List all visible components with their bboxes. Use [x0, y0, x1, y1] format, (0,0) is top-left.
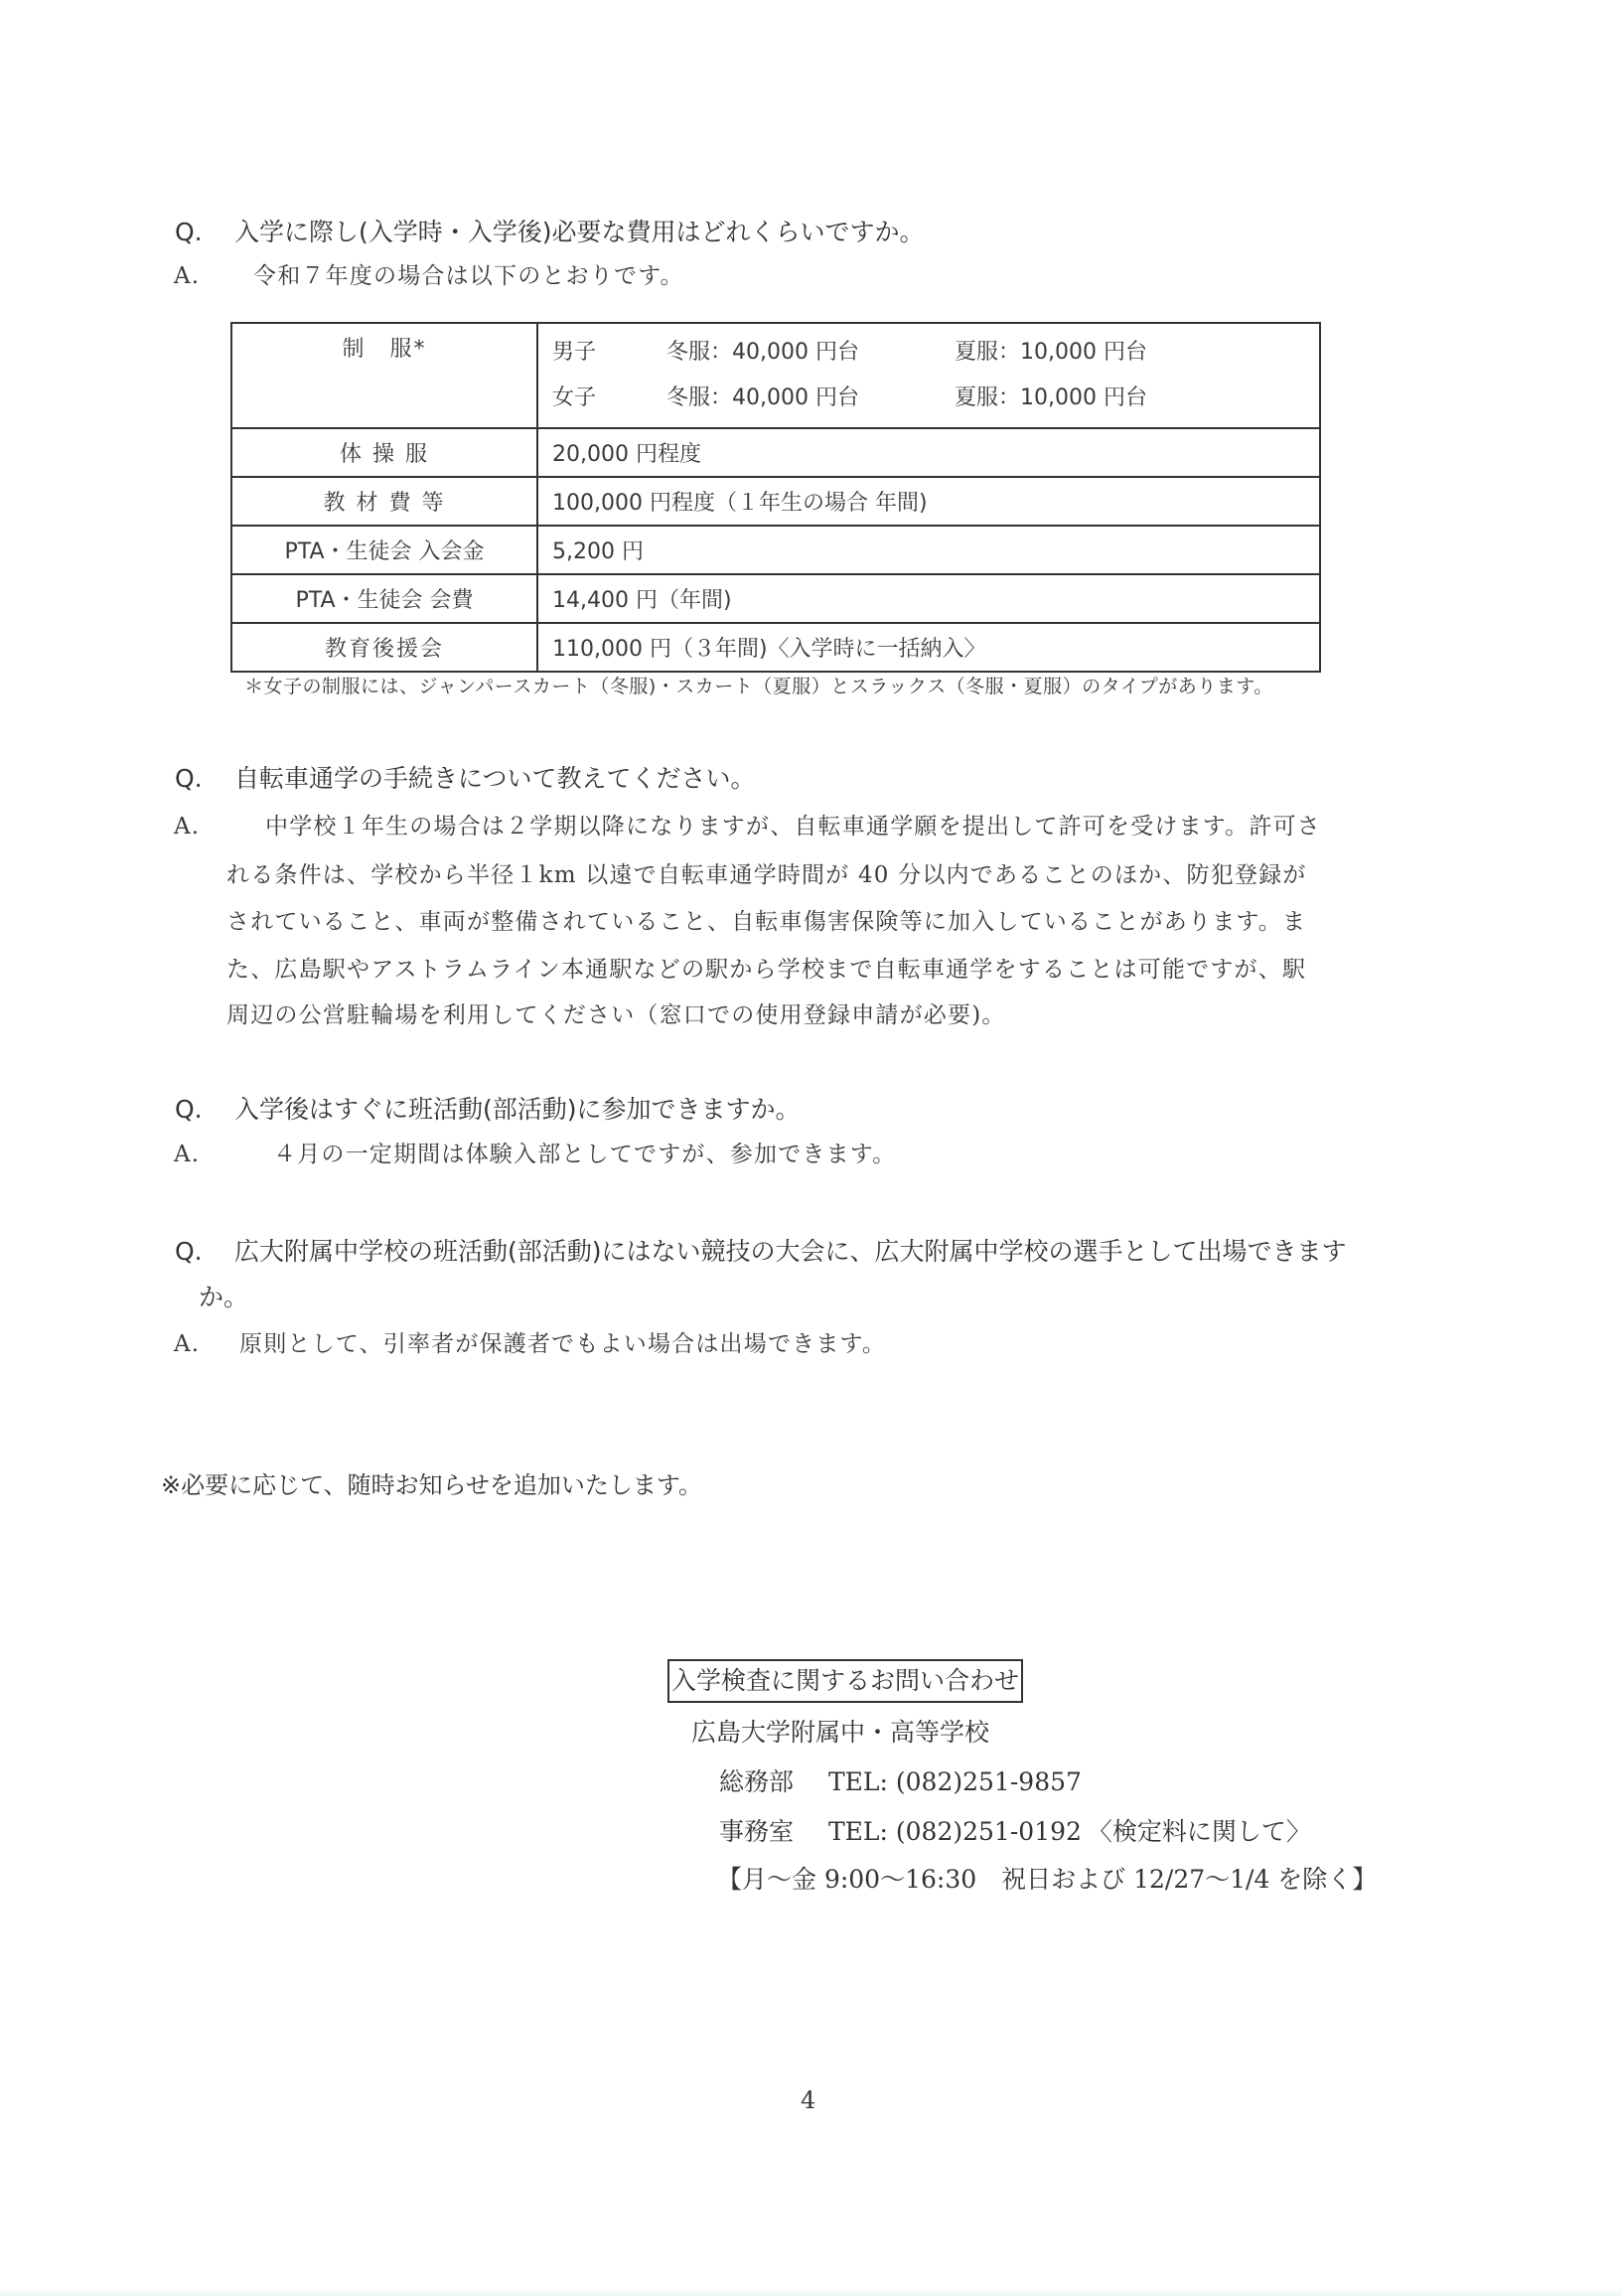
item-label: PTA・生徒会 会費	[231, 574, 537, 623]
gender-label: 男子	[552, 330, 666, 376]
faq-3-question: Q.入学後はすぐに班活動(部活動)に参加できますか。	[175, 1090, 801, 1126]
faq-1-answer: A.令和７年度の場合は以下のとおりです。	[174, 257, 684, 290]
phone-number[interactable]: TEL: (082)251-9857	[828, 1767, 1082, 1796]
table-value-uniform: 男子冬服：40,000 円台夏服：10,000 円台 女子冬服：40,000 円…	[537, 323, 1320, 428]
a-marker: A.	[174, 1331, 239, 1357]
uniform-row-girls: 女子冬服：40,000 円台夏服：10,000 円台	[552, 376, 1319, 421]
item-value: 20,000 円程度	[537, 428, 1320, 477]
item-label: 教 材 費 等	[231, 477, 537, 526]
uniform-row-boys: 男子冬服：40,000 円台夏服：10,000 円台	[552, 330, 1319, 376]
table-row: 体 操 服 20,000 円程度	[231, 428, 1320, 477]
q-marker: Q.	[175, 1237, 234, 1266]
summer-price: 夏服：10,000 円台	[955, 330, 1147, 376]
winter-price: 冬服：40,000 円台	[666, 376, 955, 421]
winter-price: 冬服：40,000 円台	[666, 330, 955, 376]
cost-table: 制 服* 男子冬服：40,000 円台夏服：10,000 円台 女子冬服：40,…	[230, 322, 1321, 673]
question-text-continued: か。	[199, 1278, 248, 1313]
page-number: 4	[801, 2086, 815, 2114]
contact-line-office: 事務室TEL: (082)251-0192〈検定料に関して〉	[719, 1812, 1311, 1848]
question-text: 入学後はすぐに班活動(部活動)に参加できますか。	[234, 1095, 801, 1124]
answer-line: 中学校１年生の場合は２学期以降になりますが、自転車通学願を提出して許可を受けます…	[265, 814, 1321, 840]
item-value: 110,000 円（３年間)〈入学時に一括納入〉	[537, 623, 1320, 672]
contact-line-general-affairs: 総務部TEL: (082)251-9857	[719, 1762, 1082, 1798]
question-text: 自転車通学の手続きについて教えてください。	[234, 764, 756, 793]
contact-note: 〈検定料に関して〉	[1088, 1817, 1311, 1846]
faq-4-answer: A.原則として、引率者が保護者でもよい場合は出場できます。	[174, 1325, 886, 1358]
table-row-uniform: 制 服* 男子冬服：40,000 円台夏服：10,000 円台 女子冬服：40,…	[231, 323, 1320, 428]
answer-text: 令和７年度の場合は以下のとおりです。	[253, 263, 684, 289]
table-row: 教育後援会 110,000 円（３年間)〈入学時に一括納入〉	[231, 623, 1320, 672]
table-row: 教 材 費 等 100,000 円程度（１年生の場合 年間)	[231, 477, 1320, 526]
a-marker: A.	[174, 263, 253, 289]
answer-line: れる条件は、学校から半径１km 以遠で自転車通学時間が 40 分以内であることの…	[226, 856, 1307, 889]
answer-line: た、広島駅やアストラムライン本通駅などの駅から学校まで自転車通学をすることは可能…	[226, 951, 1306, 984]
faq-2-answer: A.中学校１年生の場合は２学期以降になりますが、自転車通学願を提出して許可を受け…	[174, 808, 1321, 841]
table-row: PTA・生徒会 入会金 5,200 円	[231, 526, 1320, 574]
a-marker: A.	[174, 814, 265, 840]
scan-edge	[0, 2288, 1622, 2296]
item-value: 100,000 円程度（１年生の場合 年間)	[537, 477, 1320, 526]
answer-text: 原則として、引率者が保護者でもよい場合は出場できます。	[239, 1331, 886, 1357]
q-marker: Q.	[175, 218, 234, 246]
dept-name: 総務部	[719, 1762, 828, 1798]
gender-label: 女子	[552, 376, 666, 421]
item-label: PTA・生徒会 入会金	[231, 526, 537, 574]
item-label: 制 服*	[342, 337, 426, 362]
q-marker: Q.	[175, 1095, 234, 1124]
item-value: 5,200 円	[537, 526, 1320, 574]
question-text: 入学に際し(入学時・入学後)必要な費用はどれくらいですか。	[234, 218, 925, 246]
table-footnote: ＊女子の制服には、ジャンパースカート（冬服)・スカート（夏服）とスラックス（冬服…	[244, 672, 1273, 698]
faq-1-question: Q.入学に際し(入学時・入学後)必要な費用はどれくらいですか。	[175, 213, 925, 248]
notice-text: ※必要に応じて、随時お知らせを追加いたします。	[161, 1465, 702, 1500]
faq-3-answer: A.４月の一定期間は体験入部としてですが、参加できます。	[174, 1136, 896, 1168]
summer-price: 夏服：10,000 円台	[955, 376, 1147, 421]
faq-2-question: Q.自転車通学の手続きについて教えてください。	[175, 759, 756, 795]
answer-line: 周辺の公営駐輪場を利用してください（窓口での使用登録申請が必要)。	[226, 996, 1006, 1029]
item-label: 体 操 服	[231, 428, 537, 477]
table-row: PTA・生徒会 会費 14,400 円（年間)	[231, 574, 1320, 623]
item-value: 14,400 円（年間)	[537, 574, 1320, 623]
q-marker: Q.	[175, 764, 234, 793]
a-marker: A.	[174, 1142, 273, 1167]
dept-name: 事務室	[719, 1812, 828, 1848]
question-text: 広大附属中学校の班活動(部活動)にはない競技の大会に、広大附属中学校の選手として…	[234, 1237, 1347, 1266]
answer-text: ４月の一定期間は体験入部としてですが、参加できます。	[273, 1142, 896, 1167]
faq-4-question: Q.広大附属中学校の班活動(部活動)にはない競技の大会に、広大附属中学校の選手と…	[175, 1232, 1347, 1268]
office-hours: 【月～金 9:00～16:30 祝日および 12/27～1/4 を除く】	[717, 1860, 1377, 1896]
contact-heading-box: 入学検査に関するお問い合わせ	[667, 1659, 1023, 1703]
phone-number[interactable]: TEL: (082)251-0192	[828, 1817, 1082, 1846]
contact-heading: 入学検査に関するお問い合わせ	[671, 1666, 1019, 1695]
school-name: 広島大学附属中・高等学校	[691, 1713, 989, 1749]
table-item-uniform: 制 服*	[231, 323, 537, 428]
item-label: 教育後援会	[231, 623, 537, 672]
answer-line: されていること、車両が整備されていること、自転車傷害保険等に加入していることがあ…	[226, 903, 1306, 936]
